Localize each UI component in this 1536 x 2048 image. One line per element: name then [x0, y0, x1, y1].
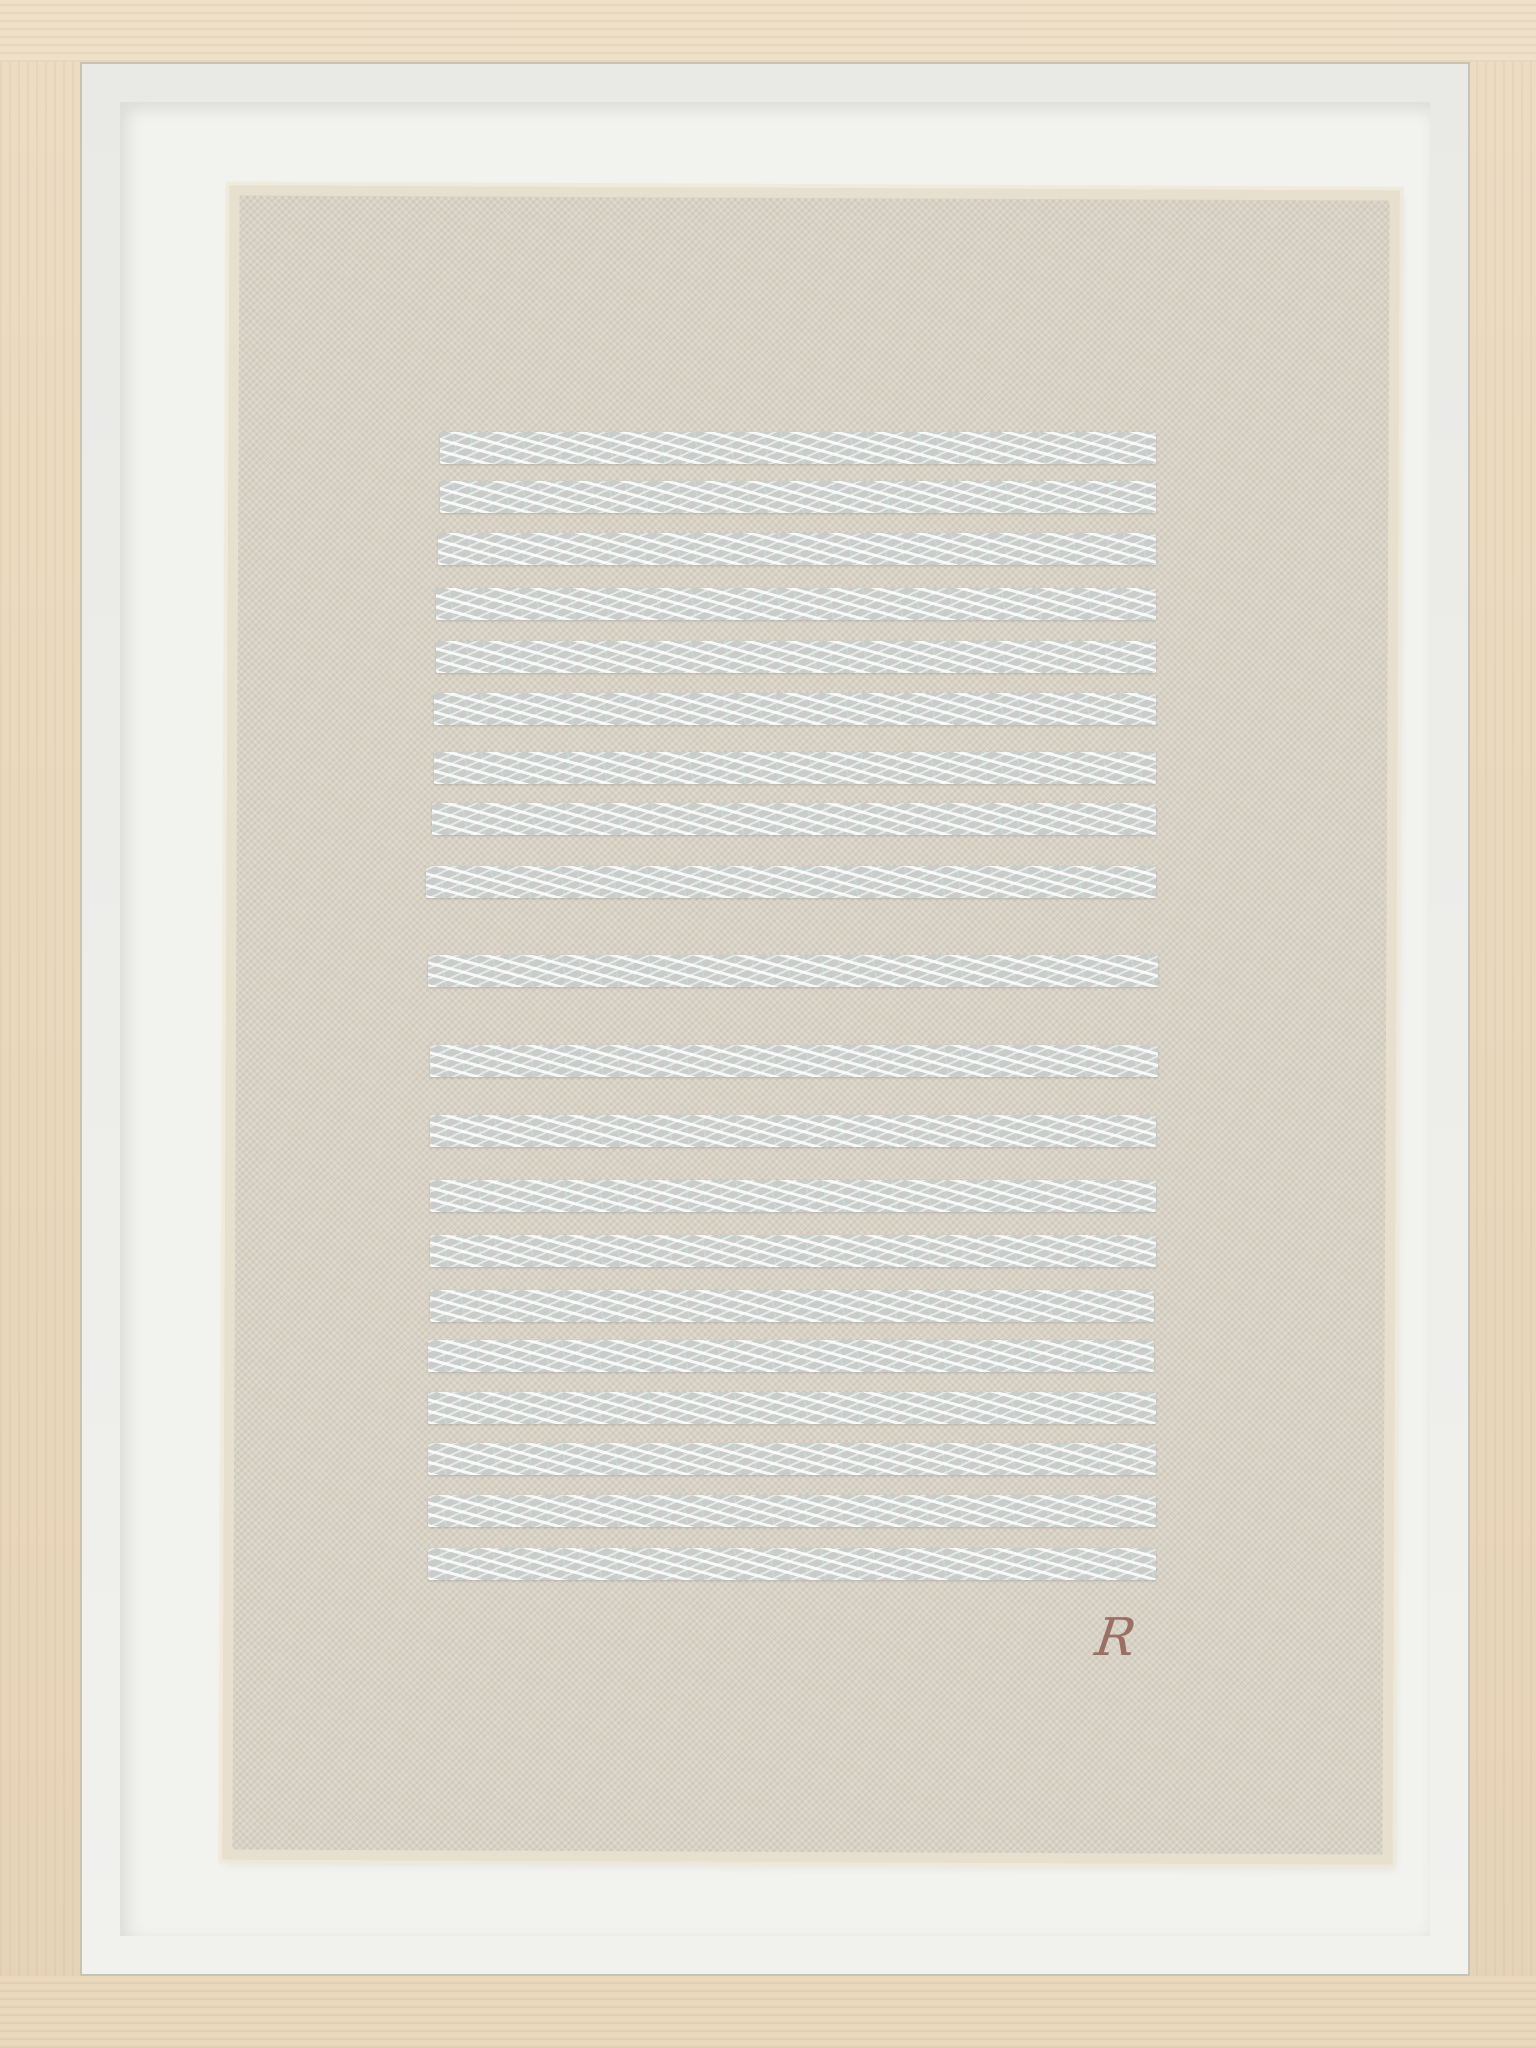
- thread-strip: [428, 1340, 1154, 1372]
- thread-strip: [430, 1290, 1154, 1322]
- thread-strip: [426, 866, 1156, 898]
- thread-strip: [428, 955, 1158, 987]
- thread-strip: [430, 1045, 1158, 1077]
- thread-strip: [428, 1443, 1156, 1475]
- thread-strip: [434, 693, 1156, 725]
- thread-strip: [428, 1548, 1156, 1580]
- frame-top-rail: [0, 0, 1536, 62]
- frame-bottom-rail: [0, 1976, 1536, 2048]
- thread-strip: [428, 1392, 1156, 1424]
- thread-strip: [438, 533, 1156, 565]
- thread-strip: [440, 481, 1156, 513]
- thread-strip: [432, 803, 1156, 835]
- thread-strip: [436, 588, 1156, 620]
- thread-strip: [440, 432, 1156, 464]
- thread-strip: [430, 1180, 1156, 1212]
- thread-strip: [436, 641, 1156, 673]
- thread-strip: [430, 1115, 1156, 1147]
- thread-strip: [430, 1235, 1156, 1267]
- thread-strip: [434, 752, 1156, 784]
- thread-strip: [428, 1495, 1156, 1527]
